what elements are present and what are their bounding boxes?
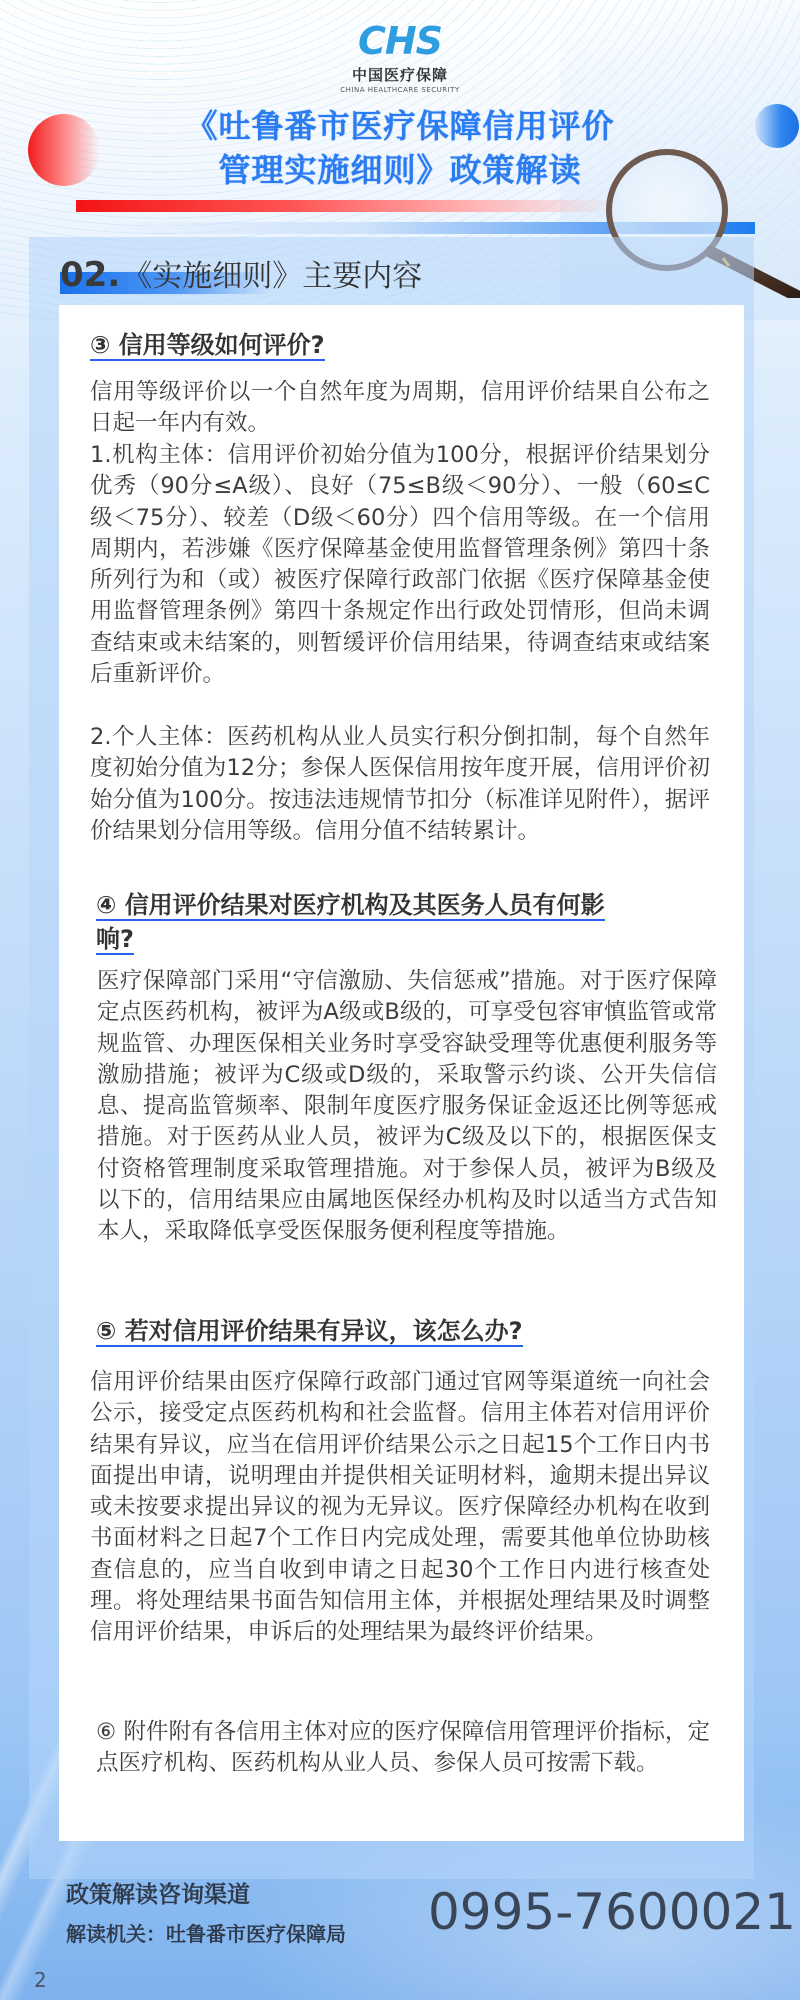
question-5-number: ⑤ [96, 1317, 116, 1345]
question-3-paragraph-3: 2.个人主体：医药机构从业人员实行积分倒扣制，每个自然年度初始分值为12分；参保… [90, 722, 710, 847]
logo-mark: CHS [335, 22, 465, 60]
section-header: 02.《实施细则》主要内容 [60, 252, 422, 298]
question-3-title: 信用等级如何评价? [119, 331, 325, 359]
question-4-paragraph-1: 医疗保障部门采用“守信激励、失信惩戒”措施。对于医疗保障定点医药机构，被评为A级… [97, 966, 717, 1248]
question-3-number: ③ [90, 331, 110, 359]
logo-name-en: CHINA HEALTHCARE SECURITY [335, 86, 465, 94]
page-title-line2: 管理实施细则》政策解读 [0, 148, 800, 192]
page-title: 《吐鲁番市医疗保障信用评价 管理实施细则》政策解读 [0, 104, 800, 192]
question-3-paragraph-2: 1.机构主体：信用评价初始分值为100分，根据评价结果划分优秀（90分≤A级）、… [90, 440, 710, 690]
section-title: 《实施细则》主要内容 [122, 259, 422, 294]
question-5-paragraph-1: 信用评价结果由医疗保障行政部门通过官网等渠道统一向社会公示，接受定点医药机构和社… [90, 1367, 710, 1649]
question-5-heading: ⑤ 若对信用评价结果有异议，该怎么办? [96, 1314, 523, 1348]
page-number: 2 [34, 1970, 47, 1990]
logo-name-cn: 中国医疗保障 [335, 64, 465, 85]
question-3-heading: ③ 信用等级如何评价? [90, 328, 325, 362]
red-accent-bar [76, 200, 616, 212]
footer-org-label: 解读机关：吐鲁番市医疗保障局 [66, 1918, 346, 1947]
footer-phone-number: 0995-7600021 [428, 1884, 796, 1940]
question-6-paragraph: ⑥ 附件附有各信用主体对应的医疗保障信用管理评价指标，定点医疗机构、医药机构从业… [96, 1717, 710, 1780]
chs-logo: CHS 中国医疗保障 CHINA HEALTHCARE SECURITY [335, 22, 465, 94]
question-4-title-line1: 信用评价结果对医疗机构及其医务人员有何影 [125, 891, 605, 919]
question-4-title-line2: 响? [96, 925, 134, 955]
question-5-title: 若对信用评价结果有异议，该怎么办? [125, 1317, 523, 1345]
footer-channel-title: 政策解读咨询渠道 [66, 1876, 250, 1909]
question-4-heading: ④ 信用评价结果对医疗机构及其医务人员有何影 响? [96, 888, 716, 956]
question-4-number: ④ [96, 891, 116, 919]
section-number: 02. [60, 255, 120, 295]
question-3-paragraph-1: 信用等级评价以一个自然年度为周期，信用评价结果自公布之日起一年内有效。 [90, 377, 710, 440]
blue-accent-bar [100, 222, 755, 234]
page-title-line1: 《吐鲁番市医疗保障信用评价 [0, 104, 800, 148]
